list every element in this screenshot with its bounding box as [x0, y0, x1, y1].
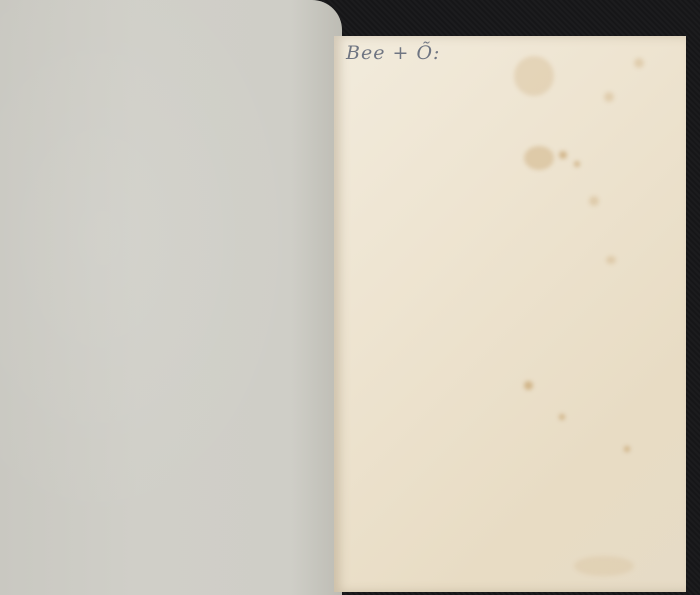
foxing-spot: [559, 414, 565, 420]
foxing-spot: [634, 58, 644, 68]
foxing-spot: [514, 56, 554, 96]
foxing-spot: [606, 256, 616, 264]
foxing-spot: [574, 161, 580, 167]
foxing-spot: [524, 381, 533, 390]
handwritten-inscription: Bee + Õ:: [346, 42, 440, 64]
right-page: [334, 36, 686, 592]
foxing-spot: [604, 92, 614, 102]
foxing-spot: [559, 151, 567, 159]
foxing-spot: [624, 446, 630, 452]
foxing-spot: [589, 196, 599, 206]
foxing-spot: [574, 556, 634, 576]
left-page-shading: [0, 0, 342, 595]
foxing-spot: [524, 146, 554, 170]
